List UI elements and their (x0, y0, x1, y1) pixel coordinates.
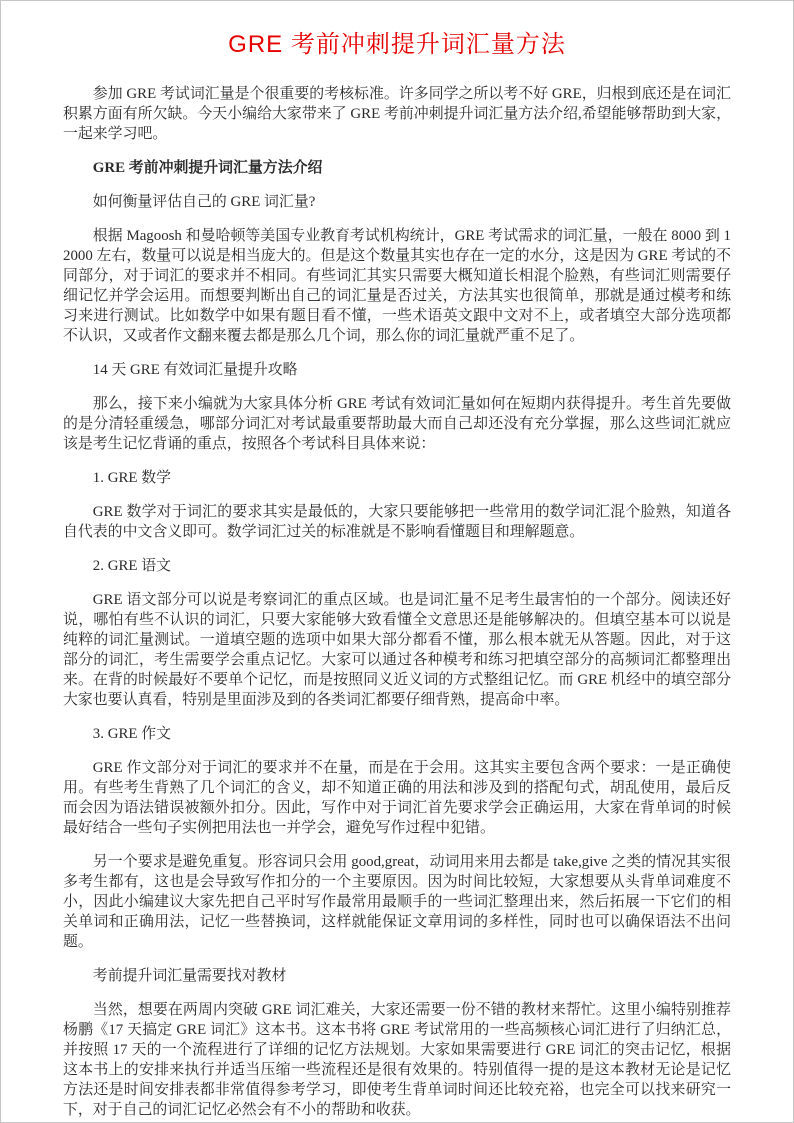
section-heading: 如何衡量评估自己的 GRE 词汇量? (63, 192, 731, 212)
document-body: 参加 GRE 考试词汇量是个很重要的考核标准。许多同学之所以考不好 GRE，归根… (63, 84, 731, 1120)
paragraph: 当然，想要在两周内突破 GRE 词汇难关，大家还需要一份不错的教材来帮忙。这里小… (63, 1000, 731, 1120)
paragraph: 那么，接下来小编就为大家具体分析 GRE 考试有效词汇量如何在短期内获得提升。考… (63, 394, 731, 454)
paragraph: 根据 Magoosh 和曼哈顿等美国专业教育考试机构统计，GRE 考试需求的词汇… (63, 226, 731, 346)
section-heading: GRE 考前冲刺提升词汇量方法介绍 (63, 158, 731, 178)
section-heading: 1. GRE 数学 (63, 468, 731, 488)
section-heading: 考前提升词汇量需要找对教材 (63, 966, 731, 986)
paragraph: GRE 作文部分对于词汇的要求并不在量，而是在于会用。这其实主要包含两个要求：一… (63, 758, 731, 838)
section-heading: 3. GRE 作文 (63, 724, 731, 744)
paragraph: GRE 语文部分可以说是考察词汇的重点区域。也是词汇量不足考生最害怕的一个部分。… (63, 590, 731, 710)
paragraph: GRE 数学对于词汇的要求其实是最低的，大家只要能够把一些常用的数学词汇混个脸熟… (63, 502, 731, 542)
paragraph: 另一个要求是避免重复。形容词只会用 good,great，动词用来用去都是 ta… (63, 852, 731, 952)
document-page: GRE 考前冲刺提升词汇量方法 参加 GRE 考试词汇量是个很重要的考核标准。许… (0, 0, 794, 1123)
paragraph: 参加 GRE 考试词汇量是个很重要的考核标准。许多同学之所以考不好 GRE，归根… (63, 84, 731, 144)
document-title: GRE 考前冲刺提升词汇量方法 (63, 31, 731, 59)
section-heading: 2. GRE 语文 (63, 556, 731, 576)
section-heading: 14 天 GRE 有效词汇量提升攻略 (63, 360, 731, 380)
